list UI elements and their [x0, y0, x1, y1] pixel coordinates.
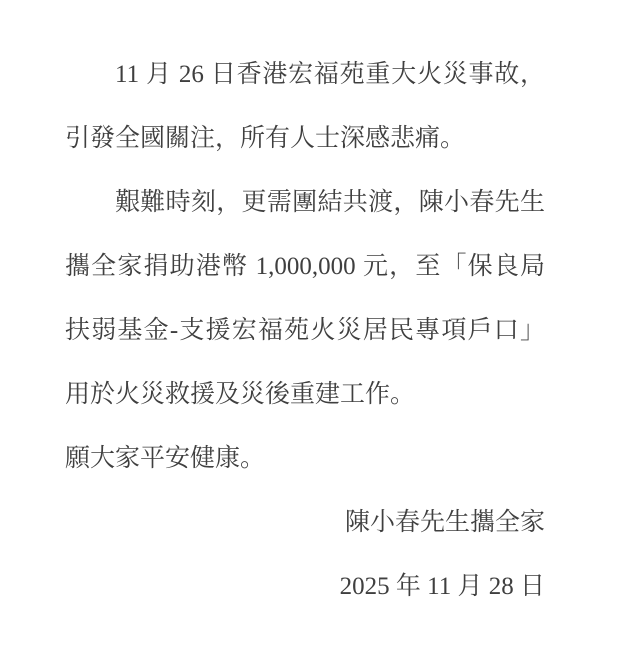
statement-line: 扶弱基金-支援宏福苑火災居民專項戶口」 [65, 299, 545, 363]
date-line: 2025 年 11 月 28 日 [65, 555, 545, 619]
statement-line: 11 月 26 日香港宏福苑重大火災事故， [65, 43, 545, 107]
statement-line: 用於火災救援及災後重建工作。 [65, 363, 545, 427]
donation-statement-page: 11 月 26 日香港宏福苑重大火災事故， 引發全國關注，所有人士深感悲痛。 艱… [0, 0, 617, 652]
statement-line: 攜全家捐助港幣 1,000,000 元，至「保良局 [65, 235, 545, 299]
statement-line: 引發全國關注，所有人士深感悲痛。 [65, 107, 545, 171]
statement-line: 願大家平安健康。 [65, 427, 545, 491]
statement-body: 11 月 26 日香港宏福苑重大火災事故， 引發全國關注，所有人士深感悲痛。 艱… [65, 43, 545, 619]
signature-line: 陳小春先生攜全家 [65, 491, 545, 555]
statement-line: 艱難時刻，更需團結共渡，陳小春先生 [65, 171, 545, 235]
